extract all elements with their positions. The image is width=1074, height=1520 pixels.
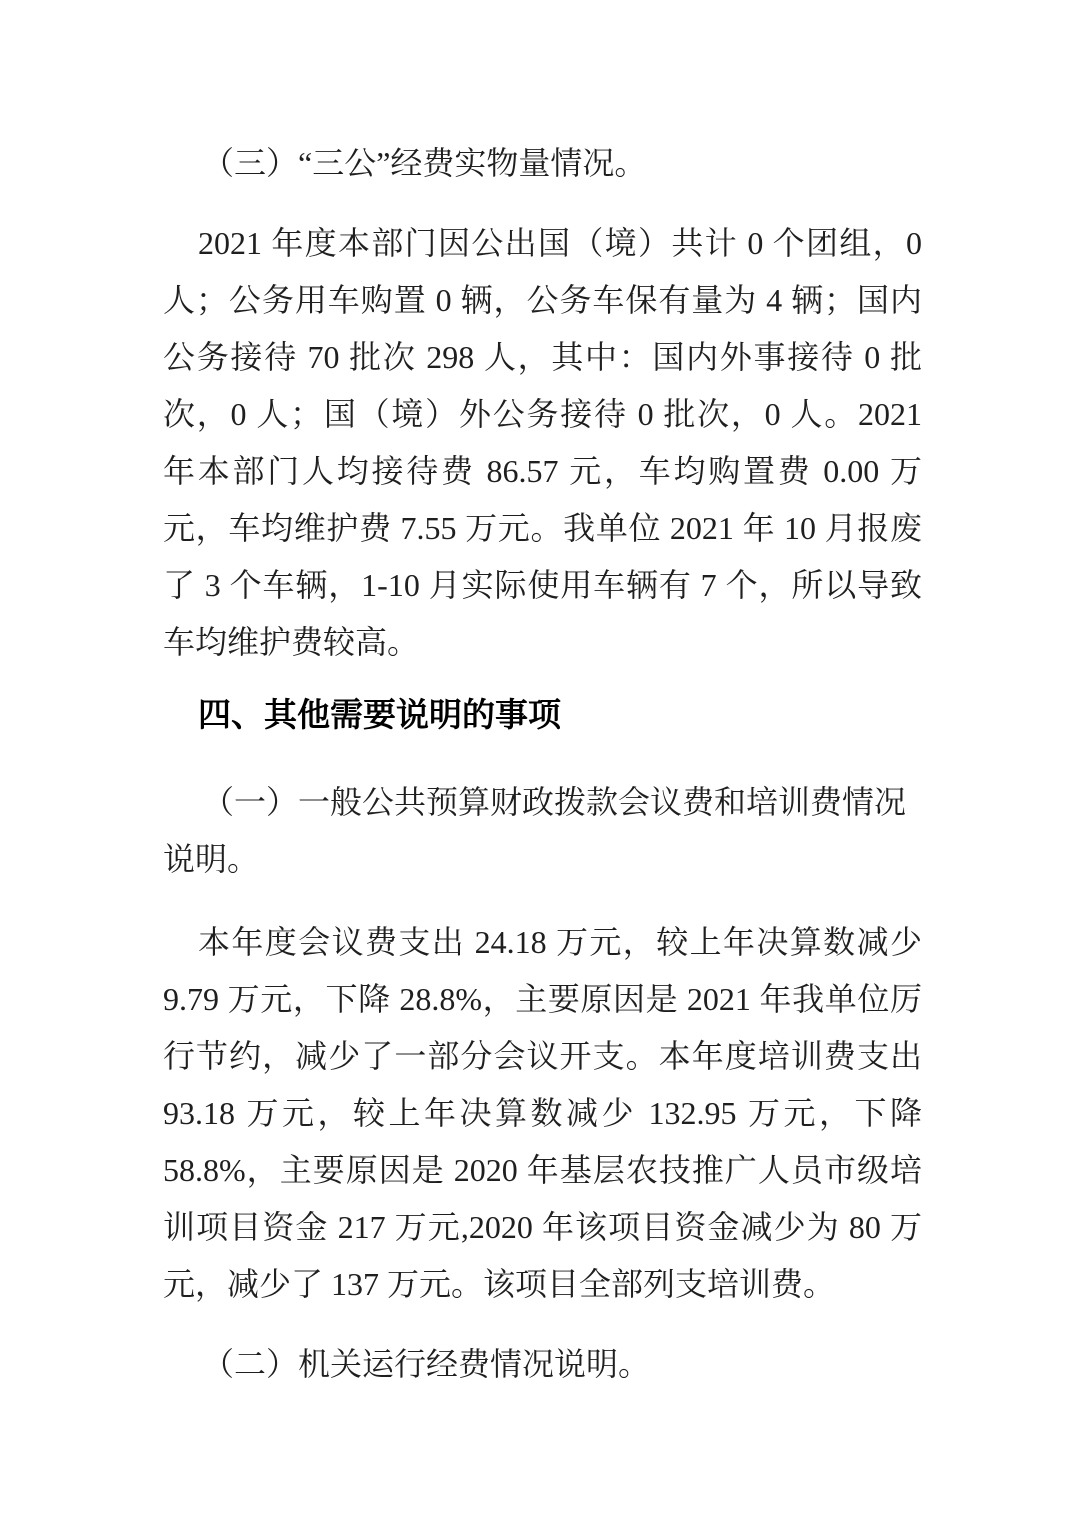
section-heading-sangong-physical-quantity: （三）“三公”经费实物量情况。 — [163, 135, 922, 192]
paragraph-sangong-statistics: 2021 年度本部门因公出国（境）共计 0 个团组，0 人；公务用车购置 0 辆… — [163, 215, 922, 671]
subsection-heading-agency-operating-expenses: （二）机关运行经费情况说明。 — [163, 1336, 922, 1393]
document-page: （三）“三公”经费实物量情况。 2021 年度本部门因公出国（境）共计 0 个团… — [0, 0, 1074, 1520]
section-heading-other-matters: 四、其他需要说明的事项 — [163, 686, 922, 743]
paragraph-meeting-training-fees-detail: 本年度会议费支出 24.18 万元，较上年决算数减少 9.79 万元，下降 28… — [163, 914, 922, 1313]
subsection-heading-meeting-training-fees: （一）一般公共预算财政拨款会议费和培训费情况说明。 — [163, 774, 922, 888]
